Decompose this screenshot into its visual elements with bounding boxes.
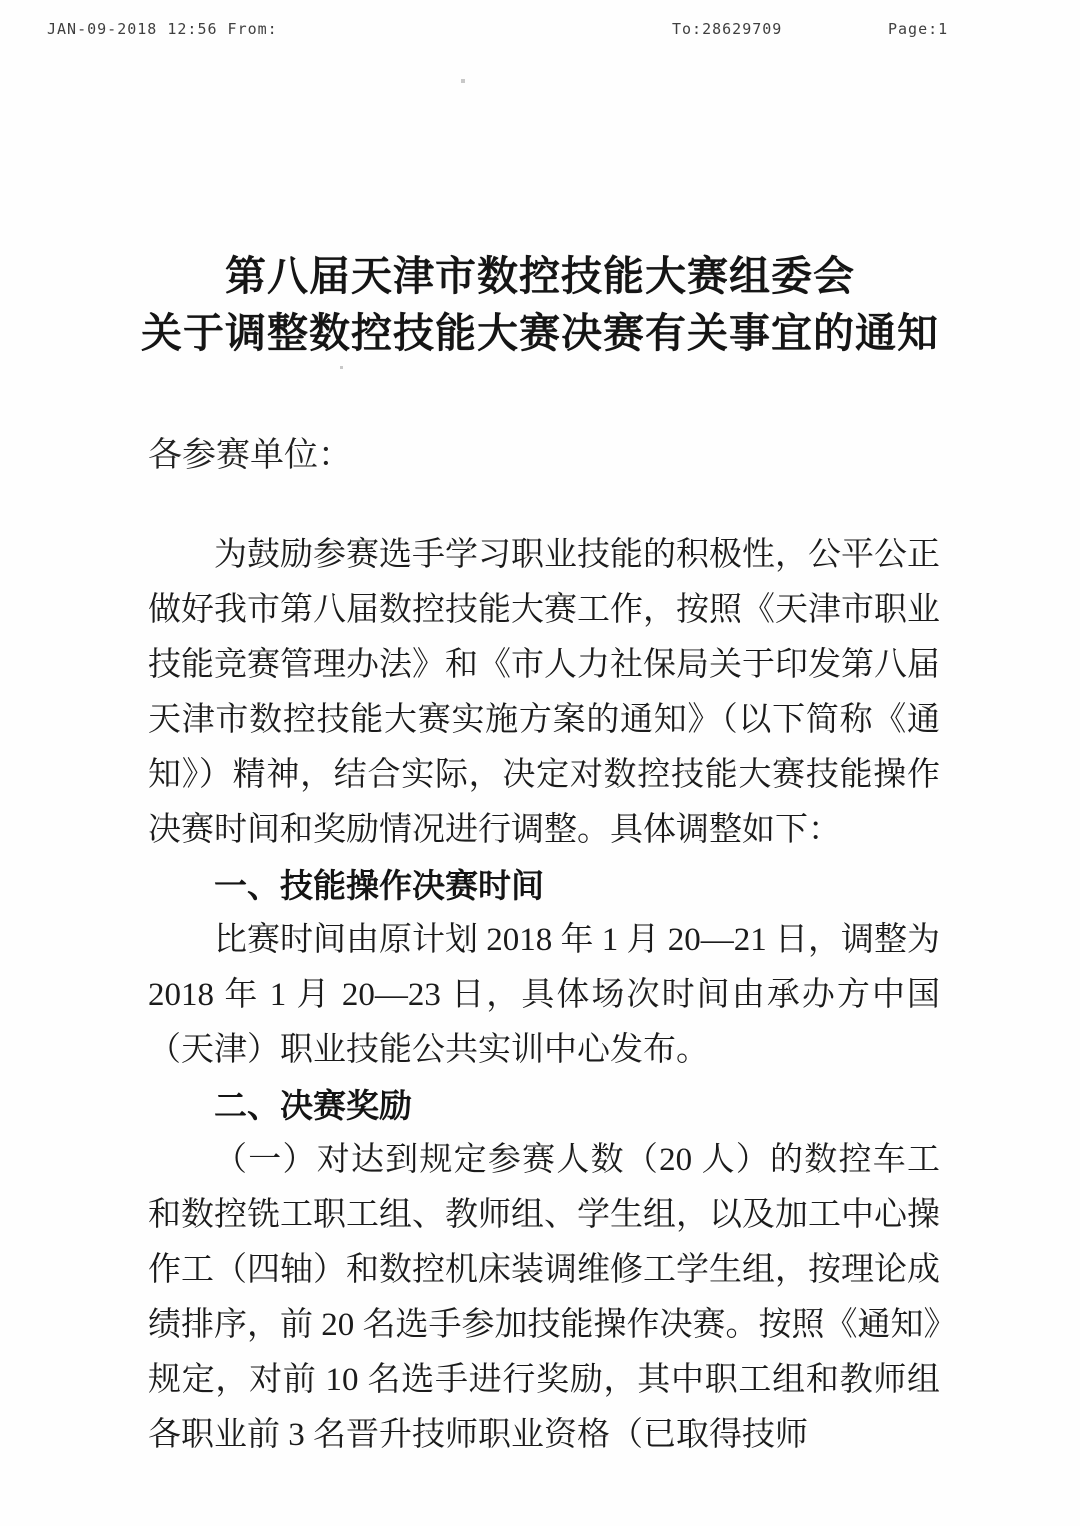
fax-transmission-header: JAN-09-2018 12:56 From: To:28629709 Page…	[0, 20, 1080, 44]
fax-header-page: Page:1	[888, 20, 948, 38]
document-title-line2: 关于调整数控技能大赛决赛有关事宜的通知	[0, 305, 1080, 362]
page-number: 1	[862, 1312, 871, 1332]
fax-document-page: JAN-09-2018 12:56 From: To:28629709 Page…	[0, 0, 1080, 1526]
section-heading-2: 二、决赛奖励	[148, 1078, 940, 1133]
paragraph-final-time: 比赛时间由原计划 2018 年 1 月 20—21 日，调整为 2018 年 1…	[148, 913, 940, 1078]
salutation: 各参赛单位：	[148, 434, 352, 478]
scan-speck	[340, 366, 343, 369]
document-body: 为鼓励参赛选手学习职业技能的积极性，公平公正做好我市第八届数控技能大赛工作，按照…	[148, 528, 940, 1463]
paragraph-intro: 为鼓励参赛选手学习职业技能的积极性，公平公正做好我市第八届数控技能大赛工作，按照…	[148, 528, 940, 858]
fax-header-from: JAN-09-2018 12:56 From:	[47, 20, 278, 38]
section-heading-1: 一、技能操作决赛时间	[148, 858, 940, 913]
scan-speck	[461, 79, 465, 83]
fax-header-to: To:28629709	[672, 20, 782, 38]
paragraph-awards: （一）对达到规定参赛人数（20 人）的数控车工和数控铣工职工组、教师组、学生组，…	[148, 1133, 940, 1463]
document-title: 第八届天津市数控技能大赛组委会 关于调整数控技能大赛决赛有关事宜的通知	[0, 248, 1080, 362]
document-title-line1: 第八届天津市数控技能大赛组委会	[0, 248, 1080, 305]
